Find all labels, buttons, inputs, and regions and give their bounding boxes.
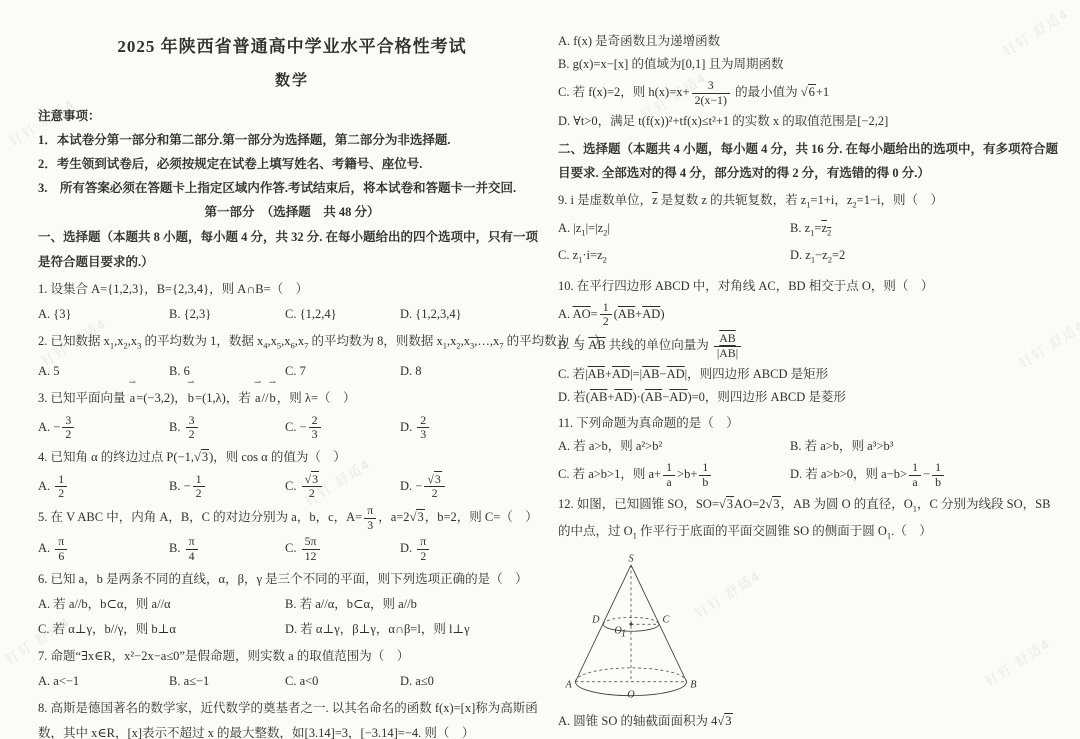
question-5: 5. 在 V ABC 中，内角 A，B，C 的对边分别为 a，b，c，A=π3，… [38, 504, 546, 564]
label-O: O [627, 689, 635, 700]
question-6-option-c: C. 若 α⊥γ，b//γ，则 b⊥α [38, 617, 285, 642]
left-column: 2025 年陕西省普通高中学业水平合格性考试 数学 注意事项： 1．本试卷分第一… [38, 34, 546, 739]
question-1: 1. 设集合 A={1,2,3}，B={2,3,4}，则 A∩B=（ ） A. … [38, 277, 546, 327]
question-11-option-c: C. 若 a>b>1，则 a+1a>b+1b [558, 461, 790, 489]
question-12-option-a: A. 圆锥 SO 的轴截面面积为 4√3 [558, 710, 1066, 733]
question-9-options-row1: A. |z1|=|z2| B. z1=z2 [558, 217, 1066, 245]
notice-item-1: 1．本试卷分第一部分和第二部分.第一部分为选择题，第二部分为非选择题. [38, 128, 546, 152]
question-4-option-b: B. −12 [169, 473, 285, 501]
section2-intro: 二、选择题（本题共 4 小题，每小题 4 分，共 16 分. 在每小题给出的选项… [558, 137, 1066, 185]
exam-title: 2025 年陕西省普通高中学业水平合格性考试 [38, 34, 546, 60]
question-6-option-d: D. 若 α⊥γ，β⊥γ，α∩β=l，则 l⊥γ [285, 617, 546, 642]
question-2-option-c: C. 7 [285, 359, 400, 384]
question-8-options: A. f(x) 是奇函数且为递增函数 B. g(x)=x−[x] 的值域为[0,… [558, 30, 1066, 133]
question-1-option-a: A. {3} [38, 302, 169, 327]
question-9: 9. i 是虚数单位，z 是复数 z 的共轭复数，若 z1=1+i，z2=1−i… [558, 189, 1066, 272]
question-11: 11. 下列命题为真命题的是（ ） A. 若 a>b，则 a²>b² B. 若 … [558, 412, 1066, 489]
question-11-option-d: D. 若 a>b>0，则 a−b>1a−1b [790, 461, 1066, 489]
question-6-option-b: B. 若 a//α，b⊂α，则 a//b [285, 592, 546, 617]
question-9-option-d: D. z1−z2=2 [790, 244, 1066, 272]
question-3-option-b: B. 32 [169, 414, 285, 442]
notices-heading: 注意事项： [38, 104, 546, 128]
label-O1-sub: 1 [621, 628, 626, 639]
question-4-option-c: C. √32 [285, 473, 400, 501]
question-2-stem: 2. 已知数据 x1,x2,x3 的平均数为 1，数据 x4,x5,x6,x7 … [38, 329, 546, 359]
notice-item-3: 3. 所有答案必须在答题卡上指定区域内作答.考试结束后，将本试卷和答题卡一并交回… [38, 176, 546, 200]
question-11-options-row1: A. 若 a>b，则 a²>b² B. 若 a>b，则 a³>b³ [558, 435, 1066, 458]
question-5-option-d: D. π2 [400, 535, 546, 563]
question-4-option-d: D. −√32 [400, 473, 546, 501]
question-10: 10. 在平行四边形 ABCD 中，对角线 AC，BD 相交于点 O，则（ ） … [558, 275, 1066, 410]
question-12: 12. 如图，已知圆锥 SO，SO=√3AO=2√3，AB 为圆 O 的直径，O… [558, 493, 1066, 733]
question-11-option-b: B. 若 a>b，则 a³>b³ [790, 435, 1066, 458]
question-7-option-a: A. a<−1 [38, 669, 169, 694]
question-6-option-a: A. 若 a//b，b⊂α，则 a//α [38, 592, 285, 617]
section1-intro: 一、选择题（本题共 8 小题，每小题 4 分，共 32 分. 在每小题给出的四个… [38, 225, 546, 275]
exam-subject: 数学 [38, 70, 546, 92]
question-1-options: A. {3} B. {2,3} C. {1,2,4} D. {1,2,3,4} [38, 302, 546, 327]
question-5-options: A. π6 B. π4 C. 5π12 D. π2 [38, 535, 546, 563]
question-2-options: A. 5 B. 6 C. 7 D. 8 [38, 359, 546, 384]
question-8-option-d: D. ∀t>0，满足 t(f(x))²+tf(x)≤t²+1 的实数 x 的取值… [558, 110, 1066, 133]
question-8-option-a: A. f(x) 是奇函数且为递增函数 [558, 30, 1066, 53]
cone-figure: S D C O 1 A B O [562, 552, 1066, 708]
question-10-option-d: D. 若(AB+AD)·(AB−AD)=0，则四边形 ABCD 是菱形 [558, 386, 1066, 409]
question-8-option-c: C. 若 f(x)=2，则 h(x)=x+32(x−1) 的最小值为 √6+1 [558, 79, 1066, 107]
question-7-option-c: C. a<0 [285, 669, 400, 694]
question-1-option-b: B. {2,3} [169, 302, 285, 327]
question-9-option-a: A. |z1|=|z2| [558, 217, 790, 245]
question-10-option-a: A. AO=12(AB+AD) [558, 301, 1066, 329]
question-9-option-c: C. z1·i=z2 [558, 244, 790, 272]
question-7: 7. 命题“∃x∈R，x²−2x−a≤0”是假命题，则实数 a 的取值范围为（ … [38, 644, 546, 694]
label-B: B [690, 679, 696, 690]
question-6-options-row2: C. 若 α⊥γ，b//γ，则 b⊥α D. 若 α⊥γ，β⊥γ，α∩β=l，则… [38, 617, 546, 642]
label-C: C [663, 614, 670, 625]
question-5-option-c: C. 5π12 [285, 535, 400, 563]
question-11-stem: 11. 下列命题为真命题的是（ ） [558, 412, 1066, 435]
question-7-option-b: B. a≤−1 [169, 669, 285, 694]
question-2-option-d: D. 8 [400, 359, 546, 384]
question-8-stem: 8. 高斯是德国著名的数学家，近代数学的奠基者之一. 以其名命名的函数 f(x)… [38, 696, 546, 739]
question-3-options: A. −32 B. 32 C. −23 D. 23 [38, 414, 546, 442]
question-4: 4. 已知角 α 的终边过点 P(−1,√3)，则 cos α 的值为（ ） A… [38, 445, 546, 501]
question-4-option-a: A. 12 [38, 473, 169, 501]
question-1-stem: 1. 设集合 A={1,2,3}，B={2,3,4}，则 A∩B=（ ） [38, 277, 546, 302]
question-6: 6. 已知 a，b 是两条不同的直线，α，β，γ 是三个不同的平面，则下列选项正… [38, 567, 546, 642]
question-8: 8. 高斯是德国著名的数学家，近代数学的奠基者之一. 以其名命名的函数 f(x)… [38, 696, 546, 739]
question-7-option-d: D. a≤0 [400, 669, 546, 694]
question-1-option-d: D. {1,2,3,4} [400, 302, 546, 327]
label-A: A [564, 679, 572, 690]
right-column: A. f(x) 是奇函数且为递增函数 B. g(x)=x−[x] 的值域为[0,… [558, 30, 1066, 733]
question-5-stem: 5. 在 V ABC 中，内角 A，B，C 的对边分别为 a，b，c，A=π3，… [38, 504, 546, 532]
question-1-option-c: C. {1,2,4} [285, 302, 400, 327]
question-3-stem: 3. 已知平面向量 a⇀=(−3,2)，b⇀=(1,λ)，若 a⇀//b⇀，则 … [38, 386, 546, 411]
question-4-stem: 4. 已知角 α 的终边过点 P(−1,√3)，则 cos α 的值为（ ） [38, 445, 546, 470]
question-6-options-row1: A. 若 a//b，b⊂α，则 a//α B. 若 a//α，b⊂α，则 a//… [38, 592, 546, 617]
question-11-options-row2: C. 若 a>b>1，则 a+1a>b+1b D. 若 a>b>0，则 a−b>… [558, 461, 1066, 489]
question-10-option-c: C. 若|AB+AD|=|AB−AD|，则四边形 ABCD 是矩形 [558, 363, 1066, 386]
question-10-stem: 10. 在平行四边形 ABCD 中，对角线 AC，BD 相交于点 O，则（ ） [558, 275, 1066, 298]
question-10-option-b: B. 与 AB 共线的单位向量为 AB|AB| [558, 332, 1066, 360]
question-3-option-a: A. −32 [38, 414, 169, 442]
question-7-stem: 7. 命题“∃x∈R，x²−2x−a≤0”是假命题，则实数 a 的取值范围为（ … [38, 644, 546, 669]
question-5-option-a: A. π6 [38, 535, 169, 563]
question-4-options: A. 12 B. −12 C. √32 D. −√32 [38, 473, 546, 501]
question-6-stem: 6. 已知 a，b 是两条不同的直线，α，β，γ 是三个不同的平面，则下列选项正… [38, 567, 546, 592]
question-5-option-b: B. π4 [169, 535, 285, 563]
notice-item-2: 2．考生领到试卷后，必须按规定在试卷上填写姓名、考籍号、座位号. [38, 152, 546, 176]
question-9-option-b: B. z1=z2 [790, 217, 1066, 245]
question-3-option-c: C. −23 [285, 414, 400, 442]
question-9-stem: 9. i 是虚数单位，z 是复数 z 的共轭复数，若 z1=1+i，z2=1−i… [558, 189, 1066, 217]
question-7-options: A. a<−1 B. a≤−1 C. a<0 D. a≤0 [38, 669, 546, 694]
question-12-stem: 12. 如图，已知圆锥 SO，SO=√3AO=2√3，AB 为圆 O 的直径，O… [558, 493, 1066, 548]
question-2-option-a: A. 5 [38, 359, 169, 384]
question-3: 3. 已知平面向量 a⇀=(−3,2)，b⇀=(1,λ)，若 a⇀//b⇀，则 … [38, 386, 546, 442]
question-3-option-d: D. 23 [400, 414, 546, 442]
cone-diagram: S D C O 1 A B O [562, 552, 700, 704]
question-2: 2. 已知数据 x1,x2,x3 的平均数为 1，数据 x4,x5,x6,x7 … [38, 329, 546, 384]
label-S: S [628, 553, 633, 564]
question-9-options-row2: C. z1·i=z2 D. z1−z2=2 [558, 244, 1066, 272]
part1-heading: 第一部分 （选择题 共 48 分） [38, 200, 546, 225]
label-D: D [591, 614, 600, 625]
exam-page: { "page": { "background": "#fbfbf9", "te… [0, 0, 1080, 739]
question-8-option-b: B. g(x)=x−[x] 的值域为[0,1] 且为周期函数 [558, 53, 1066, 76]
question-11-option-a: A. 若 a>b，则 a²>b² [558, 435, 790, 458]
